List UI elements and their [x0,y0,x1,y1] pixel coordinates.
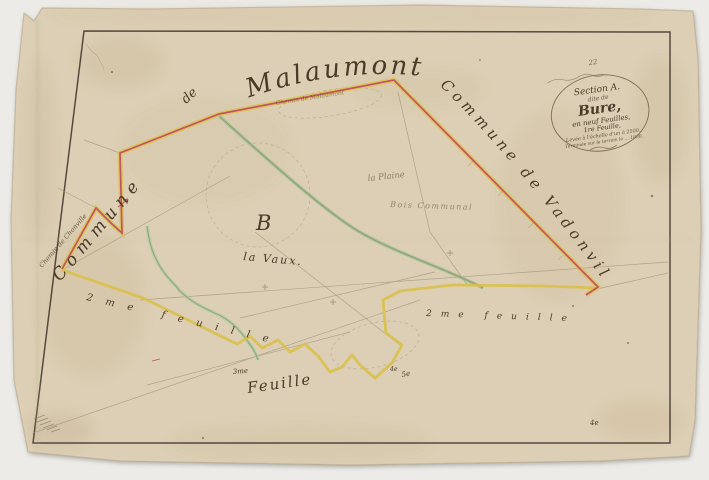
label-section-letter: B [255,211,271,235]
label-mark-3me: 3me [232,367,248,376]
cartouche-number: 22 [587,58,598,67]
label-mark-4e: 4e [389,366,398,373]
label-corner-mark: 4e [589,419,599,427]
scanned-cadastral-map: Malaumont Commune de Commune de Vadonvil… [0,0,709,480]
label-mark-5e: 5e [401,370,411,379]
map-canvas: Malaumont Commune de Commune de Vadonvil… [0,0,709,480]
